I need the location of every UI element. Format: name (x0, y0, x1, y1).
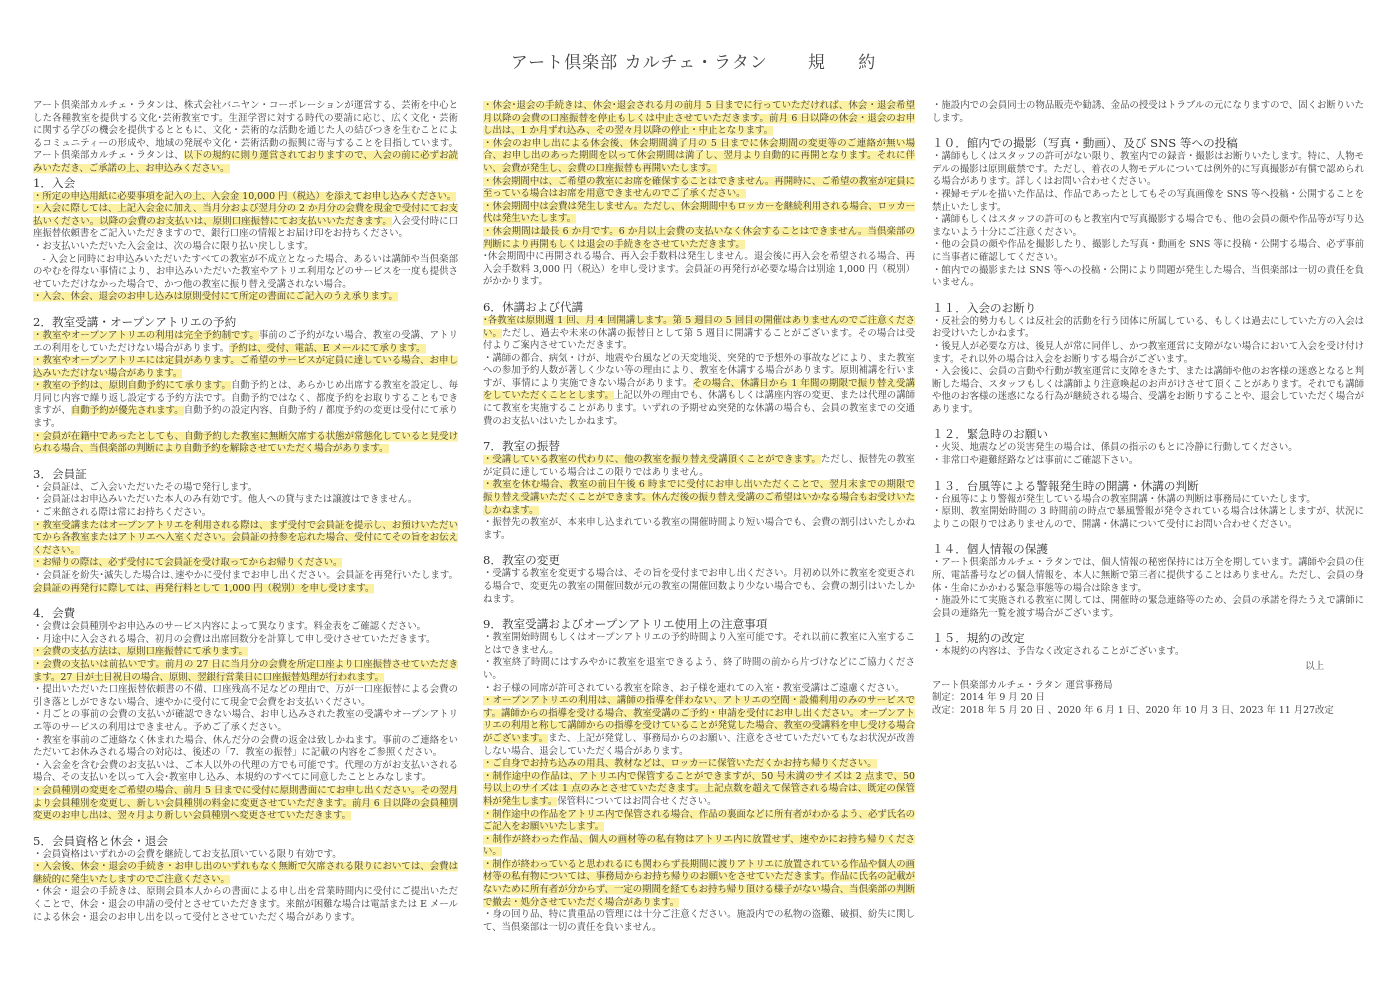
highlighted-text: ・制作が終わった作品、個人の画材等の私有物はアトリエ内に放置せず、速やかにお持ち… (483, 834, 915, 858)
item-text: ・会員資格はいずれかの会費を継続してお支払頂いている限り有効です。 (33, 849, 342, 860)
section-item: - 入会と同時にお申込みいただいたすべての教室が不成立となった場合、あるいは講師… (33, 254, 458, 292)
highlighted-text: ・教室を休む場合、教室の前日午後 6 時までに受付にお申し出いただくことで、翌月… (483, 479, 915, 515)
item-text: ・火災、地震などの災害発生の場合は、係員の指示のもとに冷静に行動してください。 (932, 442, 1298, 453)
item-text: ・入会金を含む会費のお支払いは、ご本人以外の代理の方でも可能です。代理の方がお支… (33, 760, 458, 784)
section-heading: １５．規約の改定 (932, 631, 1364, 645)
section-item: ・所定の申込用紙に必要事項を記入の上、入会金 10,000 円（税込）を添えてお… (33, 191, 458, 204)
item-text: ・施設内での会員同士の物品販売や勧誘、金品の授受はトラブルの元になりますので、固… (932, 100, 1364, 124)
section-item: ・休会・退会の手続きは、原則会員本人からの書面による申し出を営業時間内に受付にご… (33, 886, 458, 924)
item-text: ・教室終了時間にはすみやかに教室を退室できるよう、終了時間の前から片づけなどにご… (483, 657, 915, 681)
item-text: ・非常口や避難経路などは事前にご確認下さい。 (932, 455, 1138, 466)
section-heading: 1．入会 (33, 176, 458, 190)
section-item: ･各教室は原則週 1 回、月 4 回開講します。第 5 週目の 5 回目の開催は… (483, 315, 915, 353)
section-item: ・会費の支払方法は、原則口座振替にて承ります。 (33, 646, 458, 659)
item-text: ・会員証を紛失･滅失した場合は､速やかに受付までお申し出ください。会員証を再発行… (33, 570, 458, 581)
section-item: ・会員証を紛失･滅失した場合は､速やかに受付までお申し出ください。会員証を再発行… (33, 570, 458, 595)
closing-ijo: 以上 (932, 661, 1364, 674)
section-item: ・休会期間中は会費は発生しません。ただし、休会期間中もロッカーを継続利用される場… (483, 201, 915, 226)
section-10: １０．館内での撮影（写真・動画）、及び SNS 等への投稿・講師もしくはスタッフ… (932, 136, 1364, 290)
section-item: ・会費の支払いは前払いです。前月の 27 日に当月分の会費を所定口座より口座振替… (33, 659, 458, 684)
item-text: ・裸婦モデルを描いた作品は、作品であったとしてもその写真画像を SNS 等へ投稿… (932, 189, 1364, 213)
footer-revised: 改定：2018 年 5 月 20 日 、2020 年 6 月 1 日、2020 … (932, 705, 1364, 718)
highlighted-text: ・休会期間中は会費は発生しません。ただし、休会期間中もロッカーを継続利用される場… (483, 201, 915, 225)
section-item: ・受講する教室を変更する場合は、その旨を受付までお申し出ください。月初め以外に教… (483, 568, 915, 606)
section-item: ･休会期間中に再開される場合、再入会手数料は発生しません。退会後に再入会を希望さ… (483, 251, 915, 289)
document-title: アート倶楽部 カルチェ・ラタン規 約 (0, 48, 1400, 73)
item-text: ・他の会員の顔や作品を撮影したり、撮影した写真・動画を SNS 等に投稿・公開す… (932, 239, 1364, 263)
section-9-part2: ・施設内での会員同士の物品販売や勧誘、金品の授受はトラブルの元になりますので、固… (932, 100, 1364, 125)
section-12: １２．緊急時のお願い・火災、地震などの災害発生の場合は、係員の指示のもとに冷静に… (932, 427, 1364, 467)
highlighted-text: 自動予約が優先されます。 (71, 405, 184, 416)
column-middle: ・休会･退会の手続きは、休会･退会される月の前月 5 日までに行っていただければ… (483, 100, 915, 945)
section-item: ・講師の都合、病気・けが、地震や台風などの天変地災、突発的で予想外の事故などによ… (483, 353, 915, 429)
section-item: ・振替先の教室が、本来申し込まれている教室の開催時間より短い場合でも、会費の割引… (483, 517, 915, 542)
item-text: ・施設外にて実施される教室に関しては、開催時の緊急連絡等のため、会員の承諾を得た… (932, 595, 1364, 619)
section-item: ・館内での撮影または SNS 等への投稿・公開により問題が発生した場合、当倶楽部… (932, 265, 1364, 290)
section-item: ・身の回り品、特に貴重品の管理には十分ご注意ください。施設内での私物の盗難、破損… (483, 909, 915, 934)
highlighted-text: 会員証の再発行に際しては、再発行料として 1,000 円（税別）を申し受けます。 (33, 583, 374, 594)
item-text: ・反社会的勢力もしくは反社会的活動を行う団体に所属している、もしくは過去にしてい… (932, 316, 1364, 340)
column-right: ・施設内での会員同士の物品販売や勧誘、金品の授受はトラブルの元になりますので、固… (932, 100, 1364, 717)
section-item: ・会員証はお申込みいただいた本人のみ有効です。他人への貸与または譲渡はできません… (33, 494, 458, 507)
section-heading: １２．緊急時のお願い (932, 427, 1364, 441)
item-text: ・後見人が必要な方は、後見人が常に同伴し、かつ教室運営に支障がない場合において入… (932, 341, 1364, 365)
section-heading: １１．入会のお断り (932, 301, 1364, 315)
section-item: ・ご来館される際は常にお持ちください。 (33, 507, 458, 520)
highlighted-text: ・入会後、休会・退会の手続き・お申し出のいずれもなく無断で欠席される限りにおいて… (33, 861, 458, 885)
section-heading: １０．館内での撮影（写真・動画）、及び SNS 等への投稿 (932, 136, 1364, 150)
section-heading: １４．個人情報の保護 (932, 542, 1364, 556)
highlighted-text: ・お帰りの際は、必ず受付にて会員証を受け取ってからお帰りください。 (33, 557, 342, 568)
section-heading: 5．会員資格と休会・退会 (33, 834, 458, 848)
highlighted-text: ・会員種別の変更をご希望の場合、前月 5 日までに受付に原則書面にてお申し出くだ… (33, 785, 458, 821)
item-text: ・振替先の教室が、本来申し込まれている教室の開催時間より短い場合でも、会費の割引… (483, 517, 915, 541)
item-text: ・台風等により警報が発生している場合の教室開講・休講の判断は事務局にていたします… (932, 494, 1316, 505)
item-text: ・お子様の同席が許可されている教室を除き、お子様を連れての入室・教室受講はご遠慮… (483, 683, 905, 694)
section-item: ・台風等により警報が発生している場合の教室開講・休講の判断は事務局にていたします… (932, 494, 1364, 507)
intro-paragraph: アート倶楽部カルチェ・ラタンは、株式会社バニヤン・コーポレーションが運営する、芸… (33, 100, 458, 176)
section-item: ・教室を事前のご連絡なく休まれた場合、休んだ分の会費の返金は致しかねます。事前の… (33, 735, 458, 760)
section-9-part1: 9．教室受講およびオープンアトリエ使用上の注意事項・教室開始時間もしくはオープン… (483, 617, 915, 934)
highlighted-text: ・会費の支払いは前払いです。前月の 27 日に当月分の会費を所定口座より口座振替… (33, 659, 458, 683)
section-item: ・お子様の同席が許可されている教室を除き、お子様を連れての入室・教室受講はご遠慮… (483, 683, 915, 696)
section-item: ・教室やオープンアトリエの利用は完全予約制です。事前のご予約がない場合、教室の受… (33, 330, 458, 355)
section-1: 1．入会・所定の申込用紙に必要事項を記入の上、入会金 10,000 円（税込）を… (33, 176, 458, 304)
section-item: ・アート倶楽部カルチェ・ラタンでは、個人情報の秘密保持には万全を期しています。講… (932, 557, 1364, 595)
section-item: ・入会、休会、退会のお申し込みは原則受付にて所定の書面にご記入のうえ承ります。 (33, 291, 458, 304)
section-item: ・入会金を含む会費のお支払いは、ご本人以外の代理の方でも可能です。代理の方がお支… (33, 760, 458, 785)
item-text: ・会員証は、ご入会いただいたその場で発行します。 (33, 482, 257, 493)
section-item: ・反社会的勢力もしくは反社会的活動を行う団体に所属している、もしくは過去にしてい… (932, 316, 1364, 341)
section-item: ・入会後、休会・退会の手続き・お申し出のいずれもなく無断で欠席される限りにおいて… (33, 861, 458, 886)
section-item: ・原則、教室開始時間の 3 時間前の時点で暴風警報が発令されている場合は休講とし… (932, 506, 1364, 531)
section-item: ・入会後に、会員の言動や行動が教室運営に支障をきたす、または講師や他のお客様の迷… (932, 366, 1364, 416)
highlighted-text: ・休会･退会の手続きは、休会･退会される月の前月 5 日までに行っていただければ… (483, 100, 915, 136)
section-item: ・会員資格はいずれかの会費を継続してお支払頂いている限り有効です。 (33, 849, 458, 862)
section-heading: １３．台風等による警報発生時の開講・休講の判断 (932, 479, 1364, 493)
section-item: ・非常口や避難経路などは事前にご確認下さい。 (932, 455, 1364, 468)
item-text: ・月途中に入会される場合、初月の会費は出席回数分を計算して申し受けさせていただき… (33, 634, 435, 645)
section-3: 3．会員証・会員証は、ご入会いただいたその場で発行します。・会員証はお申込みいた… (33, 467, 458, 595)
section-5-part1: 5．会員資格と休会・退会・会員資格はいずれかの会費を継続してお支払頂いている限り… (33, 834, 458, 925)
section-14: １４．個人情報の保護・アート倶楽部カルチェ・ラタンでは、個人情報の秘密保持には万… (932, 542, 1364, 620)
item-text: ・講師もしくはスタッフの許可のもと教室内で写真撮影する場合でも、他の会員の顔や作… (932, 214, 1364, 238)
item-text: ・お支払いいただいた入会金は、次の場合に限り払い戻しします。 (33, 241, 314, 252)
section-15: １５．規約の改定・本規約の内容は、予告なく改定されることがございます。 (932, 631, 1364, 659)
item-text: ･休会期間中に再開される場合、再入会手数料は発生しません。退会後に再入会を希望さ… (483, 251, 915, 287)
title-club-name: アート倶楽部 カルチェ・ラタン (511, 53, 768, 73)
highlighted-text: ・制作途中の作品をアトリエ内で保管される場合、作品の裏面などに所有者がわかるよう… (483, 809, 915, 833)
section-13: １３．台風等による警報発生時の開講・休講の判断・台風等により警報が発生している場… (932, 479, 1364, 532)
section-item: ・施設外にて実施される教室に関しては、開催時の緊急連絡等のため、会員の承諾を得た… (932, 595, 1364, 620)
highlighted-text: ・入会、休会、退会のお申し込みは原則受付にて所定の書面にご記入のうえ承ります。 (33, 291, 398, 302)
highlighted-text: ・休会期間は最長 6 か月です。6 か月以上会費の支払いなく休会することはできま… (483, 226, 915, 250)
highlighted-text: ・教室やオープンアトリエには定員があります。ご希望のサービスが定員に達している場… (33, 355, 458, 379)
item-text: ・受講する教室を変更する場合は、その旨を受付までお申し出ください。月初め以外に教… (483, 568, 915, 604)
highlighted-text: ・教室の予約は、原則自動予約にて承ります。 (33, 380, 231, 391)
section-item: ・会費は会員種別やお申込みのサービス内容によって異なります。料金表をご確認くださ… (33, 621, 458, 634)
section-item: ・休会期間中は、ご希望の教室にお席を確保することはできません。再開時に、ご希望の… (483, 176, 915, 201)
section-item: ・教室受講またはオープンアトリエを利用される際は、まず受付で会員証を提示し、お預… (33, 520, 458, 558)
item-text: 保管料についてはお問合せください。 (557, 796, 716, 807)
section-item: ・裸婦モデルを描いた作品は、作品であったとしてもその写真画像を SNS 等へ投稿… (932, 189, 1364, 214)
item-text: ・ご来館される際は常にお持ちください。 (33, 507, 211, 518)
section-item: ・制作が終わっていると思われるにも関わらず長期間に渡りアトリエに放置されている作… (483, 859, 915, 909)
section-7: 7．教室の振替・受講している教室の代わりに、他の教室を振り替え受講頂くことができ… (483, 439, 915, 542)
highlighted-text: ・会費の支払方法は、原則口座振替にて承ります。 (33, 646, 248, 657)
section-4: 4．会費・会費は会員種別やお申込みのサービス内容によって異なります。料金表をご確… (33, 606, 458, 823)
highlighted-text: ・所定の申込用紙に必要事項を記入の上、入会金 10,000 円（税込）を添えてお… (33, 191, 456, 202)
section-item: ・制作途中の作品をアトリエ内で保管される場合、作品の裏面などに所有者がわかるよう… (483, 809, 915, 834)
item-text: ・休会・退会の手続きは、原則会員本人からの書面による申し出を営業時間内に受付にご… (33, 886, 458, 922)
item-text: ・会費は会員種別やお申込みのサービス内容によって異なります。料金表をご確認くださ… (33, 621, 426, 632)
section-6: 6．休講および代講･各教室は原則週 1 回、月 4 回開講します。第 5 週目の… (483, 300, 915, 428)
item-text: ・講師もしくはスタッフの許可がない限り、教室内での録音・撮影はお断りいたします。… (932, 151, 1364, 187)
section-heading: 3．会員証 (33, 467, 458, 481)
section-item: ・お帰りの際は、必ず受付にて会員証を受け取ってからお帰りください。 (33, 557, 458, 570)
section-11: １１．入会のお断り・反社会的勢力もしくは反社会的活動を行う団体に所属している、も… (932, 301, 1364, 417)
section-item: ・制作が終わった作品、個人の画材等の私有物はアトリエ内に放置せず、速やかにお持ち… (483, 834, 915, 859)
section-5-part2: ・休会･退会の手続きは、休会･退会される月の前月 5 日までに行っていただければ… (483, 100, 915, 289)
section-item: ・月途中に入会される場合、初月の会費は出席回数分を計算して申し受けさせていただき… (33, 634, 458, 647)
section-heading: 9．教室受講およびオープンアトリエ使用上の注意事項 (483, 617, 915, 631)
item-text: ・本規約の内容は、予告なく改定されることがございます。 (932, 646, 1184, 657)
section-item: ・入会に際しては、上記入会金に加え、当月分および翌月分の 2 か月分の会費を現金… (33, 203, 458, 241)
item-text: ・アート倶楽部カルチェ・ラタンでは、個人情報の秘密保持には万全を期しています。講… (932, 557, 1364, 593)
highlighted-text: ・受講している教室の代わりに、他の教室を振り替え受講頂くことができます。 (483, 454, 821, 465)
section-item: ・教室やオープンアトリエには定員があります。ご希望のサービスが定員に達している場… (33, 355, 458, 380)
section-item: ・休会のお申し出による休会後、休会期間満了月の 5 日までに休会期間の変更等のご… (483, 138, 915, 176)
section-item: ・会員種別の変更をご希望の場合、前月 5 日までに受付に原則書面にてお申し出くだ… (33, 785, 458, 823)
footer-established: 制定：2014 年 9 月 20 日 (932, 692, 1364, 705)
item-text: ・入会後に、会員の言動や行動が教室運営に支障をきたす、または講師や他のお客様の迷… (932, 366, 1364, 415)
section-item: ・休会･退会の手続きは、休会･退会される月の前月 5 日までに行っていただければ… (483, 100, 915, 138)
section-heading: 4．会費 (33, 606, 458, 620)
section-item: ・会員が在籍中であったとしても、自動予約した教室に無断欠席する状態が常態化してい… (33, 431, 458, 456)
highlighted-text: ・教室受講またはオープンアトリエを利用される際は、まず受付で会員証を提示し、お預… (33, 520, 458, 556)
section-8: 8．教室の変更・受講する教室を変更する場合は、その旨を受付までお申し出ください。… (483, 553, 915, 606)
section-item: ・月ごとの事前の会費の支払いが確認できない場合、お申し込みされた教室の受講やオー… (33, 709, 458, 734)
section-item: ・講師もしくはスタッフの許可がない限り、教室内での録音・撮影はお断りいたします。… (932, 151, 1364, 189)
title-kiyaku: 規 約 (808, 53, 889, 73)
section-item: ・オープンアトリエの利用は、講師の指導を伴わない、アトリエの空間・設備利用のみの… (483, 695, 915, 758)
section-heading: 2．教室受講・オープンアトリエの予約 (33, 315, 458, 329)
section-item: ・後見人が必要な方は、後見人が常に同伴し、かつ教室運営に支障がない場合において入… (932, 341, 1364, 366)
section-item: ・教室終了時間にはすみやかに教室を退室できるよう、終了時間の前から片づけなどにご… (483, 657, 915, 682)
highlighted-text: ・教室やオープンアトリエの利用は完全予約制です。 (33, 330, 259, 341)
section-item: ・教室を休む場合、教室の前日午後 6 時までに受付にお申し出いただくことで、翌月… (483, 479, 915, 517)
footer: アート倶楽部カルチェ・ラタン 運営事務局 制定：2014 年 9 月 20 日 … (932, 680, 1364, 718)
section-item: ・会員証は、ご入会いただいたその場で発行します。 (33, 482, 458, 495)
section-item: ・教室開始時間もしくはオープンアトリエの予約時間より入室可能です。それ以前に教室… (483, 632, 915, 657)
highlighted-text: ・休会期間中は、ご希望の教室にお席を確保することはできません。再開時に、ご希望の… (483, 176, 915, 200)
section-heading: 6．休講および代講 (483, 300, 915, 314)
item-text: ・教室を事前のご連絡なく休まれた場合、休んだ分の会費の返金は致しかねます。事前の… (33, 735, 458, 759)
section-item: ・提出いただいた口座振替依頼書の不備、口座残高不足などの理由で、万が一口座振替に… (33, 684, 458, 709)
section-2: 2．教室受講・オープンアトリエの予約・教室やオープンアトリエの利用は完全予約制で… (33, 315, 458, 456)
item-text: ・提出いただいた口座振替依頼書の不備、口座残高不足などの理由で、万が一口座振替に… (33, 684, 458, 708)
section-item: ・本規約の内容は、予告なく改定されることがございます。 (932, 646, 1364, 659)
highlighted-text: ・休会のお申し出による休会後、休会期間満了月の 5 日までに休会期間の変更等のご… (483, 138, 915, 174)
section-item: ・教室の予約は、原則自動予約にて承ります。自動予約とは、あらかじめ出席する教室を… (33, 380, 458, 430)
section-item: ・休会期間は最長 6 か月です。6 か月以上会費の支払いなく休会することはできま… (483, 226, 915, 251)
section-item: ・火災、地震などの災害発生の場合は、係員の指示のもとに冷静に行動してください。 (932, 442, 1364, 455)
section-item: ・受講している教室の代わりに、他の教室を振り替え受講頂くことができます。ただし、… (483, 454, 915, 479)
section-item: ・他の会員の顔や作品を撮影したり、撮影した写真・動画を SNS 等に投稿・公開す… (932, 239, 1364, 264)
item-text: ・会員証はお申込みいただいた本人のみ有効です。他人への貸与または譲渡はできません… (33, 494, 417, 505)
section-item: ・制作途中の作品は、アトリエ内で保管することができますが、50 号未満のサイズは… (483, 771, 915, 809)
item-text: また、上記が発覚し、事務局からのお願い、注意をさせていただいてもなお状況が改善し… (483, 733, 915, 757)
section-heading: 8．教室の変更 (483, 553, 915, 567)
item-text: ・教室開始時間もしくはオープンアトリエの予約時間より入室可能です。それ以前に教室… (483, 632, 915, 656)
highlighted-text: ・制作が終わっていると思われるにも関わらず長期間に渡りアトリエに放置されている作… (483, 859, 915, 908)
section-item: ・ご自身でお持ち込みの用具、教材などは、ロッカーに保管いただくかお持ち帰りくださ… (483, 758, 915, 771)
highlighted-text: 予約は、受付、電話、E メールにて承ります。 (229, 343, 425, 354)
item-text: ただし、過去や未来の休講の振替日として第 5 週目に開講することがございます。そ… (483, 328, 915, 352)
item-text: ・身の回り品、特に貴重品の管理には十分ご注意ください。施設内での私物の盗難、破損… (483, 909, 915, 933)
item-text: ・原則、教室開始時間の 3 時間前の時点で暴風警報が発令されている場合は休講とし… (932, 506, 1364, 530)
item-text: - 入会と同時にお申込みいただいたすべての教室が不成立となった場合、あるいは講師… (33, 254, 458, 290)
item-text: ・館内での撮影または SNS 等への投稿・公開により問題が発生した場合、当倶楽部… (932, 265, 1364, 289)
footer-office: アート倶楽部カルチェ・ラタン 運営事務局 (932, 680, 1364, 693)
item-text: ・月ごとの事前の会費の支払いが確認できない場合、お申し込みされた教室の受講やオー… (33, 709, 458, 733)
section-item: ・講師もしくはスタッフの許可のもと教室内で写真撮影する場合でも、他の会員の顔や作… (932, 214, 1364, 239)
section-heading: 7．教室の振替 (483, 439, 915, 453)
section-item: ・お支払いいただいた入会金は、次の場合に限り払い戻しします。 (33, 241, 458, 254)
highlighted-text: ・会員が在籍中であったとしても、自動予約した教室に無断欠席する状態が常態化してい… (33, 431, 458, 455)
section-item: ・施設内での会員同士の物品販売や勧誘、金品の授受はトラブルの元になりますので、固… (932, 100, 1364, 125)
highlighted-text: ・ご自身でお持ち込みの用具、教材などは、ロッカーに保管いただくかお持ち帰りくださ… (483, 758, 877, 769)
column-left: アート倶楽部カルチェ・ラタンは、株式会社バニヤン・コーポレーションが運営する、芸… (33, 100, 458, 935)
